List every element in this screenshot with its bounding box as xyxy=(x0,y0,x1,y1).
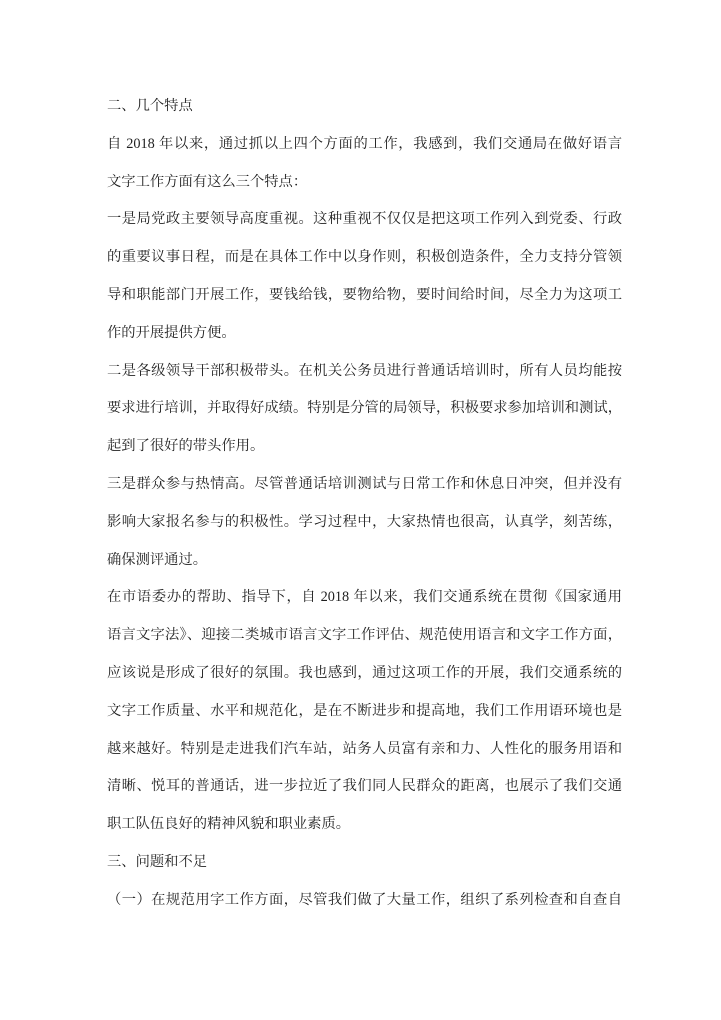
text-line: （一）在规范用字工作方面，尽管我们做了大量工作，组织了系列检查和自查自 xyxy=(107,882,622,920)
text-line: 导和职能部门开展工作，要钱给钱，要物给物，要时间给时间，尽全力为这项工 xyxy=(107,277,622,315)
paragraph: 在市语委办的帮助、指导下，自 2018 年以来，我们交通系统在贯彻《国家通用语言… xyxy=(107,579,622,844)
text-line: 一是局党政主要领导高度重视。这种重视不仅仅是把这项工作列入到党委、行政 xyxy=(107,201,622,239)
text-line: 要求进行培训，并取得好成绩。特别是分管的局领导，积极要求参加培训和测试， xyxy=(107,390,622,428)
text-line: 文字工作质量、水平和规范化，是在不断进步和提高地，我们工作用语环境也是 xyxy=(107,693,622,731)
paragraph: 二是各级领导干部积极带头。在机关公务员进行普通话培训时，所有人员均能按要求进行培… xyxy=(107,353,622,466)
text-line: 语言文字法》、迎接二类城市语言文字工作评估、规范使用语言和文字工作方面， xyxy=(107,617,622,655)
document-text-block: 二、几个特点自 2018 年以来，通过抓以上四个方面的工作，我感到，我们交通局在… xyxy=(107,88,622,920)
paragraph: （一）在规范用字工作方面，尽管我们做了大量工作，组织了系列检查和自查自 xyxy=(107,882,622,920)
section-heading: 二、几个特点 xyxy=(107,88,622,126)
text-line: 应该说是形成了很好的氛围。我也感到，通过这项工作的开展，我们交通系统的 xyxy=(107,655,622,693)
text-line: 二是各级领导干部积极带头。在机关公务员进行普通话培训时，所有人员均能按 xyxy=(107,353,622,391)
text-line: 越来越好。特别是走进我们汽车站，站务人员富有亲和力、人性化的服务用语和 xyxy=(107,731,622,769)
paragraph: 三是群众参与热情高。尽管普通话培训测试与日常工作和休息日冲突，但并没有影响大家报… xyxy=(107,466,622,579)
text-line: 清晰、悦耳的普通话，进一步拉近了我们同人民群众的距离，也展示了我们交通 xyxy=(107,768,622,806)
text-line: 在市语委办的帮助、指导下，自 2018 年以来，我们交通系统在贯彻《国家通用 xyxy=(107,579,622,617)
text-line: 起到了很好的带头作用。 xyxy=(107,428,622,466)
text-line: 确保测评通过。 xyxy=(107,542,622,580)
text-line: 自 2018 年以来，通过抓以上四个方面的工作，我感到，我们交通局在做好语言 xyxy=(107,126,622,164)
text-line: 三是群众参与热情高。尽管普通话培训测试与日常工作和休息日冲突，但并没有 xyxy=(107,466,622,504)
paragraph: 自 2018 年以来，通过抓以上四个方面的工作，我感到，我们交通局在做好语言文字… xyxy=(107,126,622,202)
text-line: 文字工作方面有这么三个特点： xyxy=(107,164,622,202)
text-line: 影响大家报名参与的积极性。学习过程中，大家热情也很高，认真学，刻苦练， xyxy=(107,504,622,542)
text-line: 的重要议事日程，而是在具体工作中以身作则，积极创造条件，全力支持分管领 xyxy=(107,239,622,277)
text-line: 二、几个特点 xyxy=(107,88,622,126)
section-heading: 三、问题和不足 xyxy=(107,844,622,882)
document-page: 二、几个特点自 2018 年以来，通过抓以上四个方面的工作，我感到，我们交通局在… xyxy=(0,0,721,1020)
text-line: 三、问题和不足 xyxy=(107,844,622,882)
text-line: 作的开展提供方便。 xyxy=(107,315,622,353)
text-line: 职工队伍良好的精神风貌和职业素质。 xyxy=(107,806,622,844)
paragraph: 一是局党政主要领导高度重视。这种重视不仅仅是把这项工作列入到党委、行政的重要议事… xyxy=(107,201,622,352)
